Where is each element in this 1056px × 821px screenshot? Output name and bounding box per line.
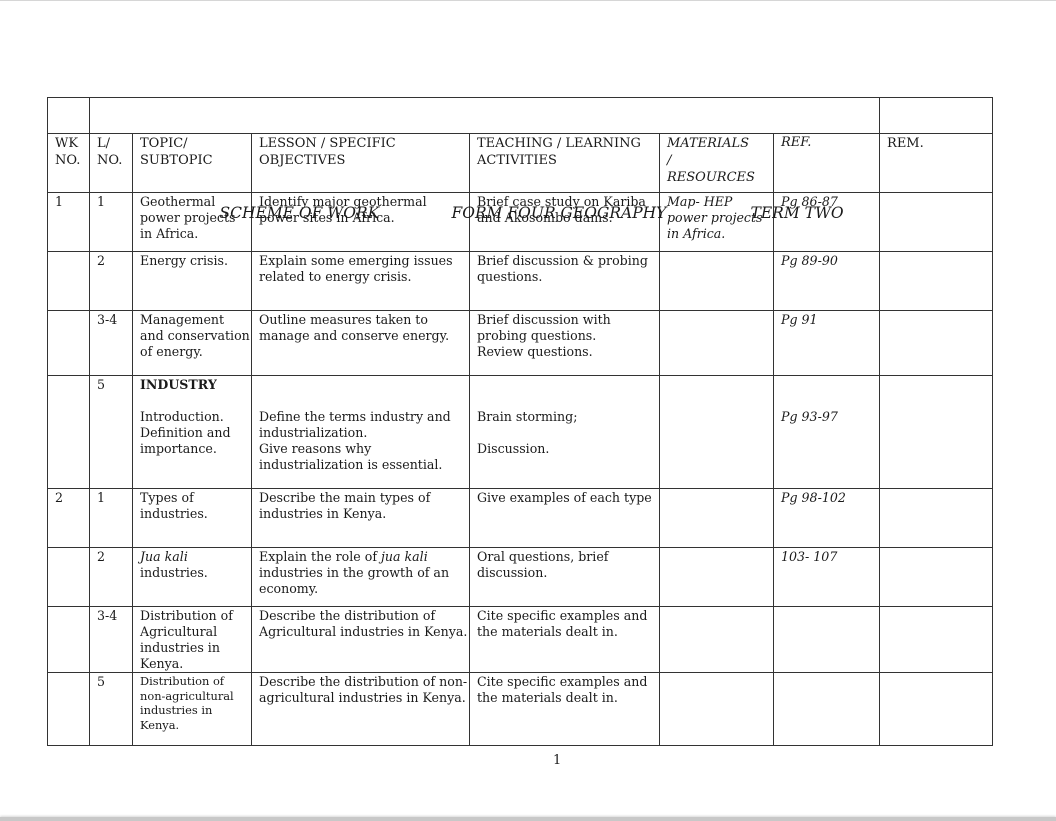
cell-materials: [660, 673, 774, 746]
table-row: 2 Energy crisis. Explain some emerging i…: [48, 252, 993, 311]
cell-activities: Cite specific examples and the materials…: [470, 607, 660, 673]
cell-rem: [880, 193, 993, 252]
cell-materials: [660, 548, 774, 607]
cell-materials: [660, 607, 774, 673]
title-blank-cell: [48, 98, 90, 134]
header-lesson-no: L/NO.: [90, 134, 133, 193]
cell-objectives: Outline measures taken to manage and con…: [252, 311, 470, 376]
cell-materials: [660, 311, 774, 376]
cell-activities: Give examples of each type: [470, 489, 660, 548]
cell-activities: Oral questions, brief discussion.: [470, 548, 660, 607]
table-row: 2 Jua kaliindustries. Explain the role o…: [48, 548, 993, 607]
table-row: 3-4 Management and conservation of energ…: [48, 311, 993, 376]
page-number: 1: [553, 753, 561, 768]
table-row: 3-4 Distribution of Agricultural industr…: [48, 607, 993, 673]
cell-ref: Pg 93-97: [774, 376, 880, 489]
header-topic: TOPIC/SUBTOPIC: [133, 134, 252, 193]
header-rem: REM.: [880, 134, 993, 193]
cell-rem: [880, 252, 993, 311]
cell-rem: [880, 607, 993, 673]
table-row: 2 1 Types of industries. Describe the ma…: [48, 489, 993, 548]
header-activities: TEACHING / LEARNINGACTIVITIES: [470, 134, 660, 193]
cell-topic: Distribution of non-agricultural industr…: [133, 673, 252, 746]
table-row: 5 Distribution of non-agricultural indus…: [48, 673, 993, 746]
cell-wk: 1: [48, 193, 90, 252]
cell-wk: 2: [48, 489, 90, 548]
cell-rem: [880, 489, 993, 548]
cell-materials: [660, 376, 774, 489]
cell-objectives: Explain some emerging issues related to …: [252, 252, 470, 311]
header-materials: MATERIALS/RESOURCES: [660, 134, 774, 193]
cell-activities: Cite specific examples and the materials…: [470, 673, 660, 746]
cell-topic: Geothermal power projects in Africa.: [133, 193, 252, 252]
table-row: 1 1 Geothermal power projects in Africa.…: [48, 193, 993, 252]
cell-lesson: 1: [90, 489, 133, 548]
cell-topic: Types of industries.: [133, 489, 252, 548]
cell-wk: [48, 548, 90, 607]
cell-lesson: 5: [90, 376, 133, 489]
cell-wk: [48, 252, 90, 311]
cell-ref: Pg 98-102: [774, 489, 880, 548]
cell-topic: Management and conservation of energy.: [133, 311, 252, 376]
cell-lesson: 2: [90, 548, 133, 607]
title-row: SCHEME OF WORK FORM FOUR GEOGRAPHY TERM …: [48, 98, 993, 134]
cell-rem: [880, 673, 993, 746]
cell-objectives: Describe the distribution of Agricultura…: [252, 607, 470, 673]
cell-topic: Jua kaliindustries.: [133, 548, 252, 607]
cell-activities: Brief discussion with probing questions.…: [470, 311, 660, 376]
page-bottom-edge: [0, 817, 1056, 821]
header-ref: REF.: [774, 134, 880, 193]
cell-lesson: 3-4: [90, 607, 133, 673]
cell-activities: Brain storming;Discussion.: [470, 376, 660, 489]
cell-wk: [48, 673, 90, 746]
cell-materials: [660, 489, 774, 548]
cell-wk: [48, 376, 90, 489]
header-row: WKNO. L/NO. TOPIC/SUBTOPIC LESSON / SPEC…: [48, 134, 993, 193]
header-objectives: LESSON / SPECIFICOBJECTIVES: [252, 134, 470, 193]
topic-heading: INDUSTRY: [140, 377, 217, 392]
cell-wk: [48, 607, 90, 673]
header-wk-no: WKNO.: [48, 134, 90, 193]
title-rem-blank-cell: [880, 98, 993, 134]
cell-lesson: 3-4: [90, 311, 133, 376]
cell-lesson: 5: [90, 673, 133, 746]
cell-lesson: 1: [90, 193, 133, 252]
cell-objectives: Describe the distribution of non-agricul…: [252, 673, 470, 746]
cell-lesson: 2: [90, 252, 133, 311]
cell-rem: [880, 548, 993, 607]
cell-activities: Brief case study on Kariba and Akosombo …: [470, 193, 660, 252]
cell-rem: [880, 311, 993, 376]
cell-materials: [660, 252, 774, 311]
cell-objectives: Describe the main types of industries in…: [252, 489, 470, 548]
document-title: SCHEME OF WORK FORM FOUR GEOGRAPHY TERM …: [90, 98, 880, 134]
cell-topic: INDUSTRYIntroduction. Definition and imp…: [133, 376, 252, 489]
cell-ref: Pg 89-90: [774, 252, 880, 311]
cell-topic: Energy crisis.: [133, 252, 252, 311]
cell-topic: Distribution of Agricultural industries …: [133, 607, 252, 673]
cell-wk: [48, 311, 90, 376]
cell-objectives: Identify major geothermal power sites in…: [252, 193, 470, 252]
cell-rem: [880, 376, 993, 489]
page-top-edge: [0, 0, 1056, 1]
scheme-of-work-table: SCHEME OF WORK FORM FOUR GEOGRAPHY TERM …: [47, 97, 993, 746]
cell-objectives: Explain the role of jua kali industries …: [252, 548, 470, 607]
cell-materials: Map- HEP power projects in Africa.: [660, 193, 774, 252]
cell-ref: [774, 607, 880, 673]
cell-ref: Pg 86-87: [774, 193, 880, 252]
table-row: 5 INDUSTRYIntroduction. Definition and i…: [48, 376, 993, 489]
cell-ref: [774, 673, 880, 746]
cell-ref: 103- 107: [774, 548, 880, 607]
cell-activities: Brief discussion & probing questions.: [470, 252, 660, 311]
cell-ref: Pg 91: [774, 311, 880, 376]
cell-objectives: Define the terms industry and industrial…: [252, 376, 470, 489]
